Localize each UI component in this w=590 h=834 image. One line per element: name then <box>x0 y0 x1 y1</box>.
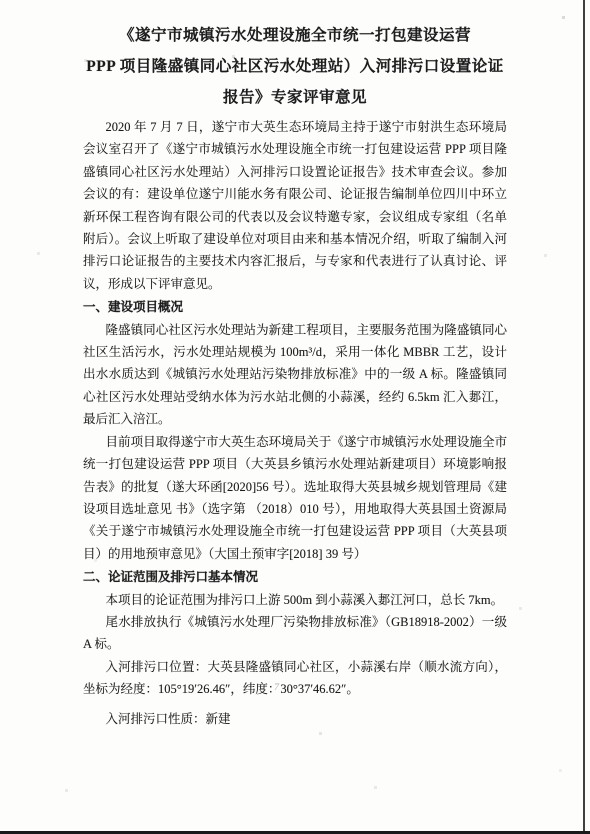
scan-speckles <box>0 0 1 1</box>
section-2-paragraph-4: 入河排污口性质：新建 <box>83 708 507 730</box>
document-body: 2020 年 7 月 7 日，遂宁市大英生态环境局主持于遂宁市射洪生态环境局会议… <box>83 116 507 730</box>
document-title-line-2: PPP 项目隆盛镇同心社区污水处理站）入河排污口设置论证 <box>0 51 590 82</box>
section-2-heading: 二、论证范围及排污口基本情况 <box>83 566 507 588</box>
document-title-line-1: 《遂宁市城镇污水处理设施全市统一打包建设运营 <box>0 20 590 51</box>
section-1-paragraph-1: 隆盛镇同心社区污水处理站为新建工程项目，主要服务范围为隆盛镇同心社区生活污水，污… <box>83 319 507 431</box>
section-1-heading: 一、建设项目概况 <box>83 296 507 318</box>
section-1-paragraph-2: 目前项目取得遂宁市大英生态环境局关于《遂宁市城镇污水处理设施全市统一打包建设运营… <box>83 431 507 565</box>
scan-edge-right-line <box>583 0 585 834</box>
scanned-document-page: 《遂宁市城镇污水处理设施全市统一打包建设运营 PPP 项目隆盛镇同心社区污水处理… <box>0 0 590 834</box>
section-2-paragraph-1: 本项目的论证范围为排污口上游 500m 到小蒜溪入郪江河口，总长 7km。 <box>83 589 507 611</box>
section-2-paragraph-2: 尾水排放执行《城镇污水处理厂污染物排放标准》（GB18918-2002）一级 A… <box>83 611 507 656</box>
section-2-paragraph-3: 入河排污口位置：大英县隆盛镇同心社区，小蒜溪右岸（顺水流方向），坐标为经度：10… <box>83 656 507 701</box>
document-title: 《遂宁市城镇污水处理设施全市统一打包建设运营 PPP 项目隆盛镇同心社区污水处理… <box>0 0 590 113</box>
intro-paragraph: 2020 年 7 月 7 日，遂宁市大英生态环境局主持于遂宁市射洪生态环境局会议… <box>83 116 507 295</box>
document-title-line-3: 报告》专家评审意见 <box>0 82 590 113</box>
